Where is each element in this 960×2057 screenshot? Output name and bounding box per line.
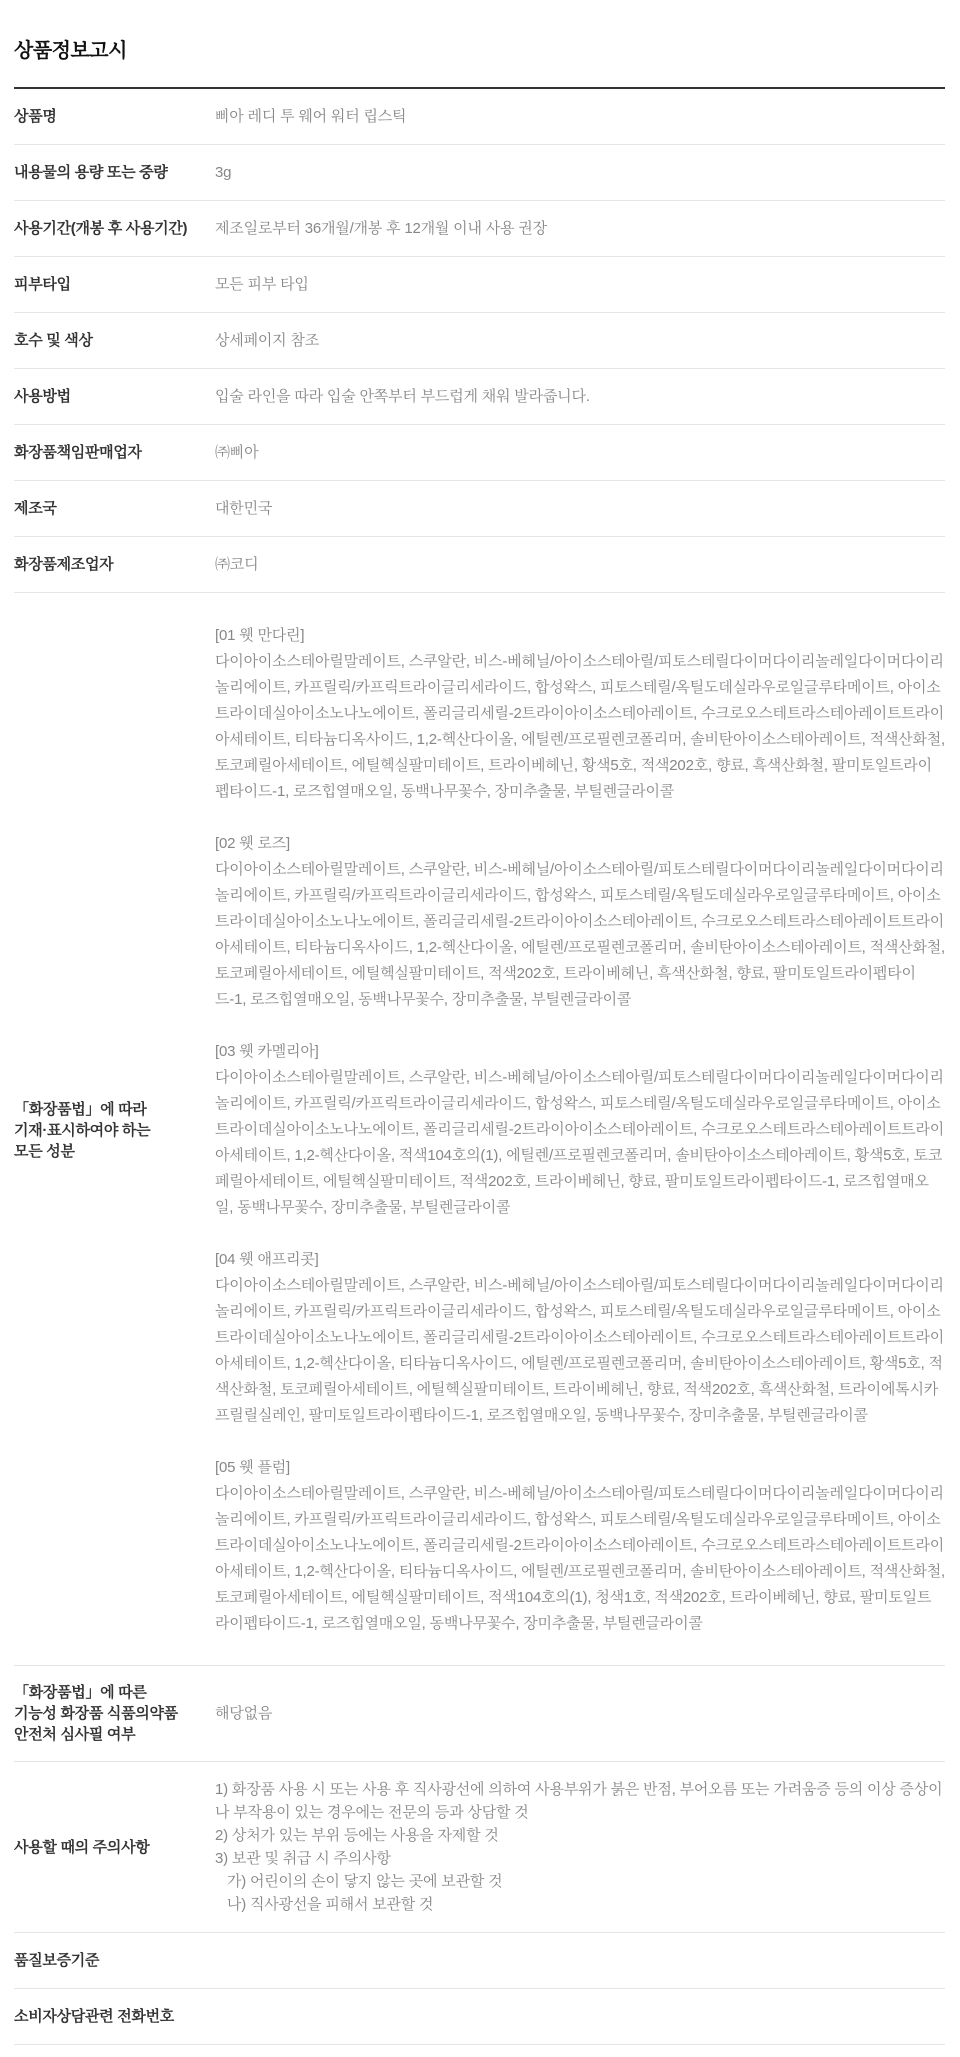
row-value: [01 웻 만다린]다이아이소스테아릴말레이트, 스쿠알란, 비스-베헤닐/아이… xyxy=(215,623,945,1637)
ingredient-block-text: 다이아이소스테아릴말레이트, 스쿠알란, 비스-베헤닐/아이소스테아릴/피토스테… xyxy=(215,857,945,1013)
ingredient-block-text: 다이아이소스테아릴말레이트, 스쿠알란, 비스-베헤닐/아이소스테아릴/피토스테… xyxy=(215,649,945,805)
row-value-text: ㈜삐아 xyxy=(215,442,945,463)
row-label: 「화장품법」에 따른기능성 화장품 식품의약품안전처 심사필 여부 xyxy=(14,1682,215,1745)
row-value-text: 해당없음 xyxy=(215,1703,945,1724)
row-label-line: 호수 및 색상 xyxy=(14,330,205,351)
row-label: 호수 및 색상 xyxy=(14,330,215,351)
row-label-line: 피부타입 xyxy=(14,274,205,295)
table-row-consumer-hotline: 소비자상담관련 전화번호 xyxy=(14,1989,945,2045)
row-label-line: 모든 성분 xyxy=(14,1141,205,1162)
row-label-line: 「화장품법」에 따른 xyxy=(14,1682,205,1703)
row-value: 모든 피부 타입 xyxy=(215,274,945,295)
row-value: 상세페이지 참조 xyxy=(215,330,945,351)
ingredient-block-title: [04 웻 애프리콧] xyxy=(215,1247,945,1273)
row-value: ㈜코디 xyxy=(215,554,945,575)
product-info-table: 상품명삐아 레디 투 웨어 워터 립스틱내용물의 용량 또는 중량3g사용기간(… xyxy=(14,87,945,2045)
row-label: 사용방법 xyxy=(14,386,215,407)
row-label-line: 제조국 xyxy=(14,498,205,519)
table-row-precautions: 사용할 때의 주의사항1) 화장품 사용 시 또는 사용 후 직사광선에 의하여… xyxy=(14,1762,945,1933)
row-label: 화장품책임판매업자 xyxy=(14,442,215,463)
row-value-text: 상세페이지 참조 xyxy=(215,330,945,351)
ingredient-block-title: [01 웻 만다린] xyxy=(215,623,945,649)
table-row-skin-type: 피부타입모든 피부 타입 xyxy=(14,257,945,313)
row-value: 대한민국 xyxy=(215,498,945,519)
row-label-line: 기능성 화장품 식품의약품 xyxy=(14,1703,205,1724)
row-value: ㈜삐아 xyxy=(215,442,945,463)
ingredient-block-title: [03 웻 카멜리아] xyxy=(215,1039,945,1065)
row-label: 품질보증기준 xyxy=(14,1950,215,1971)
row-label-line: 화장품책임판매업자 xyxy=(14,442,205,463)
row-label: 「화장품법」에 따라기재·표시하여야 하는모든 성분 xyxy=(14,1099,215,1162)
ingredient-block: [04 웻 애프리콧]다이아이소스테아릴말레이트, 스쿠알란, 비스-베헤닐/아… xyxy=(215,1247,945,1429)
row-label: 피부타입 xyxy=(14,274,215,295)
row-value-text: 삐아 레디 투 웨어 워터 립스틱 xyxy=(215,106,945,127)
ingredient-block: [01 웻 만다린]다이아이소스테아릴말레이트, 스쿠알란, 비스-베헤닐/아이… xyxy=(215,623,945,805)
row-label-line: 상품명 xyxy=(14,106,205,127)
row-label: 소비자상담관련 전화번호 xyxy=(14,2006,215,2027)
precaution-lines: 1) 화장품 사용 시 또는 사용 후 직사광선에 의하여 사용부위가 붉은 반… xyxy=(215,1778,945,1916)
row-label: 내용물의 용량 또는 중량 xyxy=(14,162,215,183)
row-value: 제조일로부터 36개월/개봉 후 12개월 이내 사용 권장 xyxy=(215,218,945,239)
table-row-product-name: 상품명삐아 레디 투 웨어 워터 립스틱 xyxy=(14,89,945,145)
ingredient-block-title: [05 웻 플럼] xyxy=(215,1455,945,1481)
row-label-line: 사용방법 xyxy=(14,386,205,407)
row-label-line: 내용물의 용량 또는 중량 xyxy=(14,162,205,183)
table-row-shade-color: 호수 및 색상상세페이지 참조 xyxy=(14,313,945,369)
row-label: 사용할 때의 주의사항 xyxy=(14,1837,215,1858)
row-label-line: 사용할 때의 주의사항 xyxy=(14,1837,205,1858)
ingredient-block: [02 웻 로즈]다이아이소스테아릴말레이트, 스쿠알란, 비스-베헤닐/아이소… xyxy=(215,831,945,1013)
ingredient-block-title: [02 웻 로즈] xyxy=(215,831,945,857)
table-row-how-to-use: 사용방법입술 라인을 따라 입술 안쪽부터 부드럽게 채워 발라줍니다. xyxy=(14,369,945,425)
row-value: 해당없음 xyxy=(215,1703,945,1724)
row-value-text: 3g xyxy=(215,162,945,183)
row-label: 상품명 xyxy=(14,106,215,127)
table-row-content-volume: 내용물의 용량 또는 중량3g xyxy=(14,145,945,201)
table-row-usage-period: 사용기간(개봉 후 사용기간)제조일로부터 36개월/개봉 후 12개월 이내 … xyxy=(14,201,945,257)
row-label: 화장품제조업자 xyxy=(14,554,215,575)
row-value: 입술 라인을 따라 입술 안쪽부터 부드럽게 채워 발라줍니다. xyxy=(215,386,945,407)
row-value-text: 제조일로부터 36개월/개봉 후 12개월 이내 사용 권장 xyxy=(215,218,945,239)
ingredient-block: [05 웻 플럼]다이아이소스테아릴말레이트, 스쿠알란, 비스-베헤닐/아이소… xyxy=(215,1455,945,1637)
table-row-country-of-manufacture: 제조국대한민국 xyxy=(14,481,945,537)
ingredient-block: [03 웻 카멜리아]다이아이소스테아릴말레이트, 스쿠알란, 비스-베헤닐/아… xyxy=(215,1039,945,1221)
table-row-quality-guarantee: 품질보증기준 xyxy=(14,1933,945,1989)
row-label-line: 기재·표시하여야 하는 xyxy=(14,1120,205,1141)
row-label: 사용기간(개봉 후 사용기간) xyxy=(14,218,215,239)
row-label-line: 품질보증기준 xyxy=(14,1950,205,1971)
page-title: 상품정보고시 xyxy=(14,0,945,87)
row-value: 1) 화장품 사용 시 또는 사용 후 직사광선에 의하여 사용부위가 붉은 반… xyxy=(215,1778,945,1916)
row-label-line: 화장품제조업자 xyxy=(14,554,205,575)
table-row-manufacturer: 화장품제조업자㈜코디 xyxy=(14,537,945,593)
row-label-line: 사용기간(개봉 후 사용기간) xyxy=(14,218,205,239)
table-row-responsible-seller: 화장품책임판매업자㈜삐아 xyxy=(14,425,945,481)
row-value: 3g xyxy=(215,162,945,183)
row-value-text: 대한민국 xyxy=(215,498,945,519)
ingredient-block-text: 다이아이소스테아릴말레이트, 스쿠알란, 비스-베헤닐/아이소스테아릴/피토스테… xyxy=(215,1065,945,1221)
row-value-text: 모든 피부 타입 xyxy=(215,274,945,295)
row-value-text: ㈜코디 xyxy=(215,554,945,575)
product-info-section: 상품정보고시 상품명삐아 레디 투 웨어 워터 립스틱내용물의 용량 또는 중량… xyxy=(0,0,960,2057)
row-label: 제조국 xyxy=(14,498,215,519)
ingredient-block-text: 다이아이소스테아릴말레이트, 스쿠알란, 비스-베헤닐/아이소스테아릴/피토스테… xyxy=(215,1481,945,1637)
ingredient-block-text: 다이아이소스테아릴말레이트, 스쿠알란, 비스-베헤닐/아이소스테아릴/피토스테… xyxy=(215,1273,945,1429)
row-value-text: 입술 라인을 따라 입술 안쪽부터 부드럽게 채워 발라줍니다. xyxy=(215,386,945,407)
row-label-line: 안전처 심사필 여부 xyxy=(14,1724,205,1745)
row-label-line: 소비자상담관련 전화번호 xyxy=(14,2006,205,2027)
row-value: 삐아 레디 투 웨어 워터 립스틱 xyxy=(215,106,945,127)
table-row-functional-approval: 「화장품법」에 따른기능성 화장품 식품의약품안전처 심사필 여부해당없음 xyxy=(14,1666,945,1762)
table-row-all-ingredients: 「화장품법」에 따라기재·표시하여야 하는모든 성분[01 웻 만다린]다이아이… xyxy=(14,593,945,1666)
row-label-line: 「화장품법」에 따라 xyxy=(14,1099,205,1120)
